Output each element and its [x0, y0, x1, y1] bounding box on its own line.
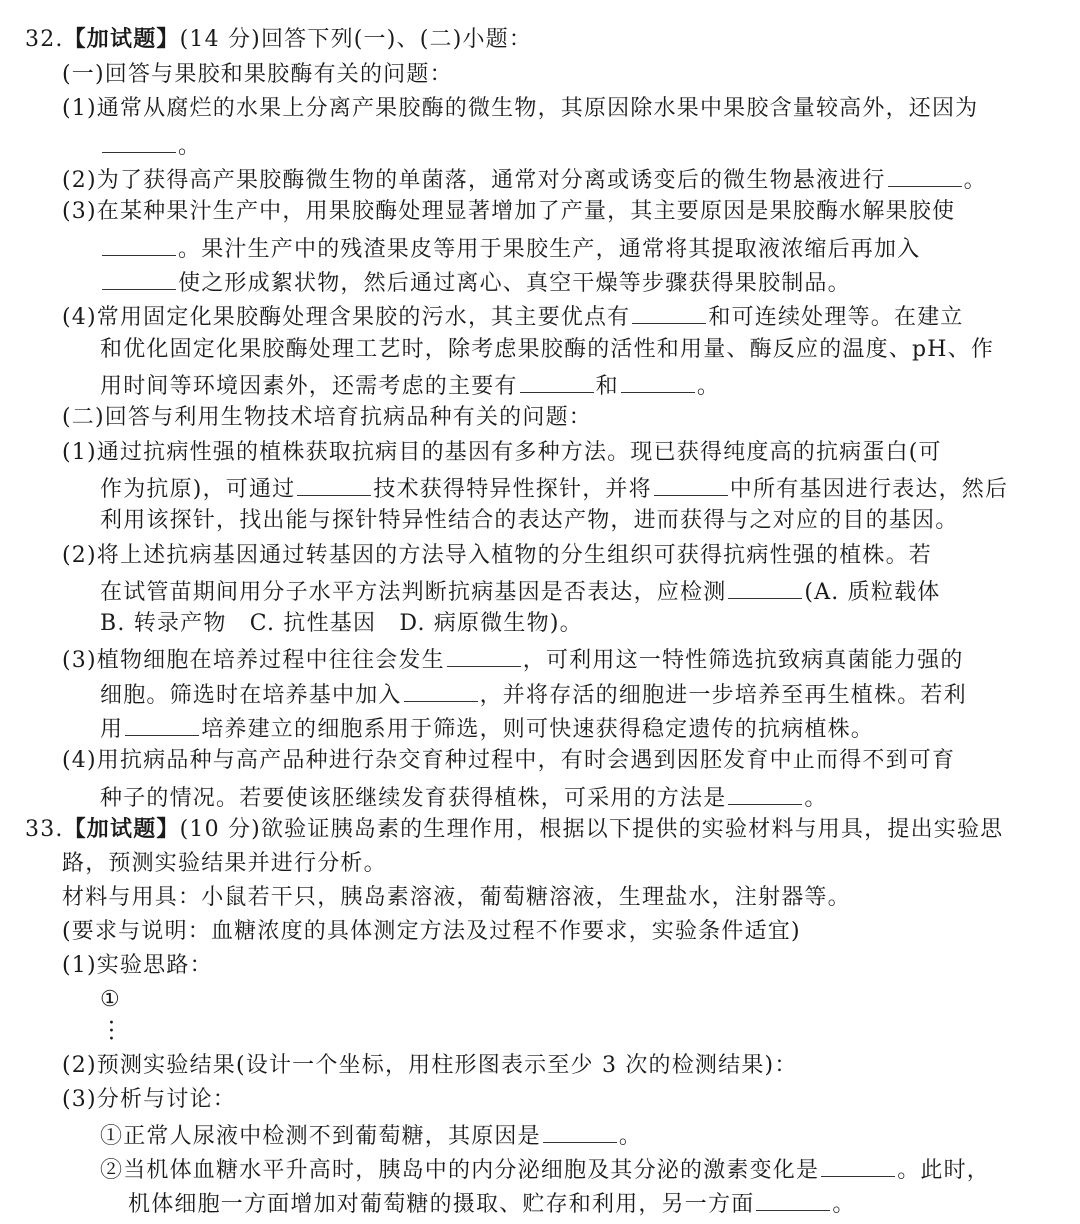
answer-blank[interactable] [102, 233, 176, 256]
q33-s3-q2-line2: 机体细胞一方面增加对葡萄糖的摄取、贮存和利用，另一方面。 [128, 1188, 856, 1219]
q32-header: 32.【加试题】(14 分)回答下列(一)、(二)小题： [25, 26, 532, 54]
part2-q3-line3: 用培养建立的细胞系用于筛选，则可快速获得稳定遗传的抗病植株。 [100, 713, 874, 744]
answer-blank[interactable] [102, 267, 176, 290]
part2-title: (二)回答与利用生物技术培育抗病品种有关的问题： [62, 404, 592, 432]
q33-header: 33.【加试题】(10 分)欲验证胰岛素的生理作用，根据以下提供的实验材料与用具… [25, 816, 1003, 844]
part2-q1-line2: 作为抗原)，可通过技术获得特异性探针，并将中所有基因进行表达，然后 [100, 473, 1008, 504]
q33-s1-step1: ① [100, 986, 121, 1014]
q33-line2: 路，预测实验结果并进行分析。 [62, 850, 387, 878]
answer-blank[interactable] [654, 473, 728, 496]
q33-materials: 材料与用具：小鼠若干只，胰岛素溶液，葡萄糖溶液，生理盐水，注射器等。 [62, 884, 851, 912]
q33-s3-q2-line1: ②当机体血糖水平升高时，胰岛中的内分泌细胞及其分泌的激素变化是。此时， [100, 1154, 990, 1185]
part2-q3-line1: (3)植物细胞在培养过程中往往会发生，可利用这一特性筛选抗致病真菌能力强的 [62, 644, 964, 675]
q32-tag: 【加试题】 [64, 27, 180, 52]
answer-blank[interactable] [888, 164, 962, 187]
answer-blank[interactable] [821, 1154, 895, 1177]
part1-q3-line1: (3)在某种果汁生产中，用果胶酶处理显著增加了产量，其主要原因是果胶酶水解果胶使 [62, 198, 955, 226]
part2-q2-line2: 在试管苗期间用分子水平方法判断抗病基因是否表达，应检测(A. 质粒载体 [100, 576, 940, 607]
answer-blank[interactable] [297, 473, 371, 496]
part2-q4-line1: (4)用抗病品种与高产品种进行杂交育种过程中，有时会遇到因胚发育中止而得不到可育 [62, 747, 955, 775]
part1-q3-line3: 使之形成絮状物，然后通过离心、真空干燥等步骤获得果胶制品。 [100, 267, 851, 298]
answer-blank[interactable] [447, 644, 521, 667]
q33-header-text: (10 分)欲验证胰岛素的生理作用，根据以下提供的实验材料与用具，提出实验思 [180, 817, 1004, 842]
part2-q3-line2: 细胞。筛选时在培养基中加入，并将存活的细胞进一步培养至再生植株。若利 [100, 679, 967, 710]
part1-title: (一)回答与果胶和果胶酶有关的问题： [62, 61, 453, 89]
answer-blank[interactable] [543, 1120, 617, 1143]
q33-requirements: (要求与说明：血糖浓度的具体测定方法及过程不作要求，实验条件适宜) [62, 918, 801, 946]
vertical-ellipsis-icon: ··· [108, 1020, 115, 1044]
part1-q1-line1: (1)通常从腐烂的水果上分离产果胶酶的微生物，其原因除水果中果胶含量较高外，还因… [62, 95, 978, 123]
q33-number: 33. [25, 817, 64, 842]
q33-s3-title: (3)分析与讨论： [62, 1086, 236, 1114]
answer-blank[interactable] [520, 370, 594, 393]
answer-blank[interactable] [728, 576, 802, 599]
part1-q4-line3: 用时间等环境因素外，还需考虑的主要有和。 [100, 370, 720, 401]
part2-q2-line3: B. 转录产物 C. 抗性基因 D. 病原微生物)。 [100, 610, 583, 638]
part2-q1-line1: (1)通过抗病性强的植株获取抗病目的基因有多种方法。现已获得纯度高的抗病蛋白(可 [62, 439, 942, 467]
answer-blank[interactable] [125, 713, 199, 736]
answer-blank[interactable] [404, 679, 478, 702]
answer-blank[interactable] [728, 782, 802, 805]
part1-q3-line2: 。果汁生产中的残渣果皮等用于果胶生产，通常将其提取液浓缩后再加入 [100, 233, 920, 264]
part1-q2-line1: (2)为了获得高产果胶酶微生物的单菌落，通常对分离或诱变后的微生物悬液进行。 [62, 164, 987, 195]
q32-header-text: (14 分)回答下列(一)、(二)小题： [180, 27, 533, 52]
answer-blank[interactable] [621, 370, 695, 393]
q33-s2: (2)预测实验结果(设计一个坐标，用柱形图表示至少 3 次的检测结果)： [62, 1052, 798, 1080]
part2-q4-line2: 种子的情况。若要使该胚继续发育获得植株，可采用的方法是。 [100, 782, 828, 813]
part1-q4-line1: (4)常用固定化果胶酶处理含果胶的污水，其主要优点有和可连续处理等。在建立 [62, 301, 964, 332]
q33-s3-q1: ①正常人尿液中检测不到葡萄糖，其原因是。 [100, 1120, 642, 1151]
answer-blank[interactable] [102, 130, 176, 153]
part1-q4-line2: 和优化固定化果胶酶处理工艺时，除考虑果胶酶的活性和用量、酶反应的温度、pH、作 [100, 336, 994, 364]
part2-q1-line3: 利用该探针，找出能与探针特异性结合的表达产物，进而获得与之对应的目的基因。 [100, 507, 958, 535]
q33-s1-title: (1)实验思路： [62, 952, 213, 980]
q33-tag: 【加试题】 [64, 817, 180, 842]
part1-q1-line2: 。 [100, 130, 201, 161]
part2-q2-line1: (2)将上述抗病基因通过转基因的方法导入植物的分生组织可获得抗病性强的植株。若 [62, 542, 932, 570]
q32-number: 32. [25, 27, 64, 52]
answer-blank[interactable] [632, 301, 706, 324]
answer-blank[interactable] [756, 1188, 830, 1211]
